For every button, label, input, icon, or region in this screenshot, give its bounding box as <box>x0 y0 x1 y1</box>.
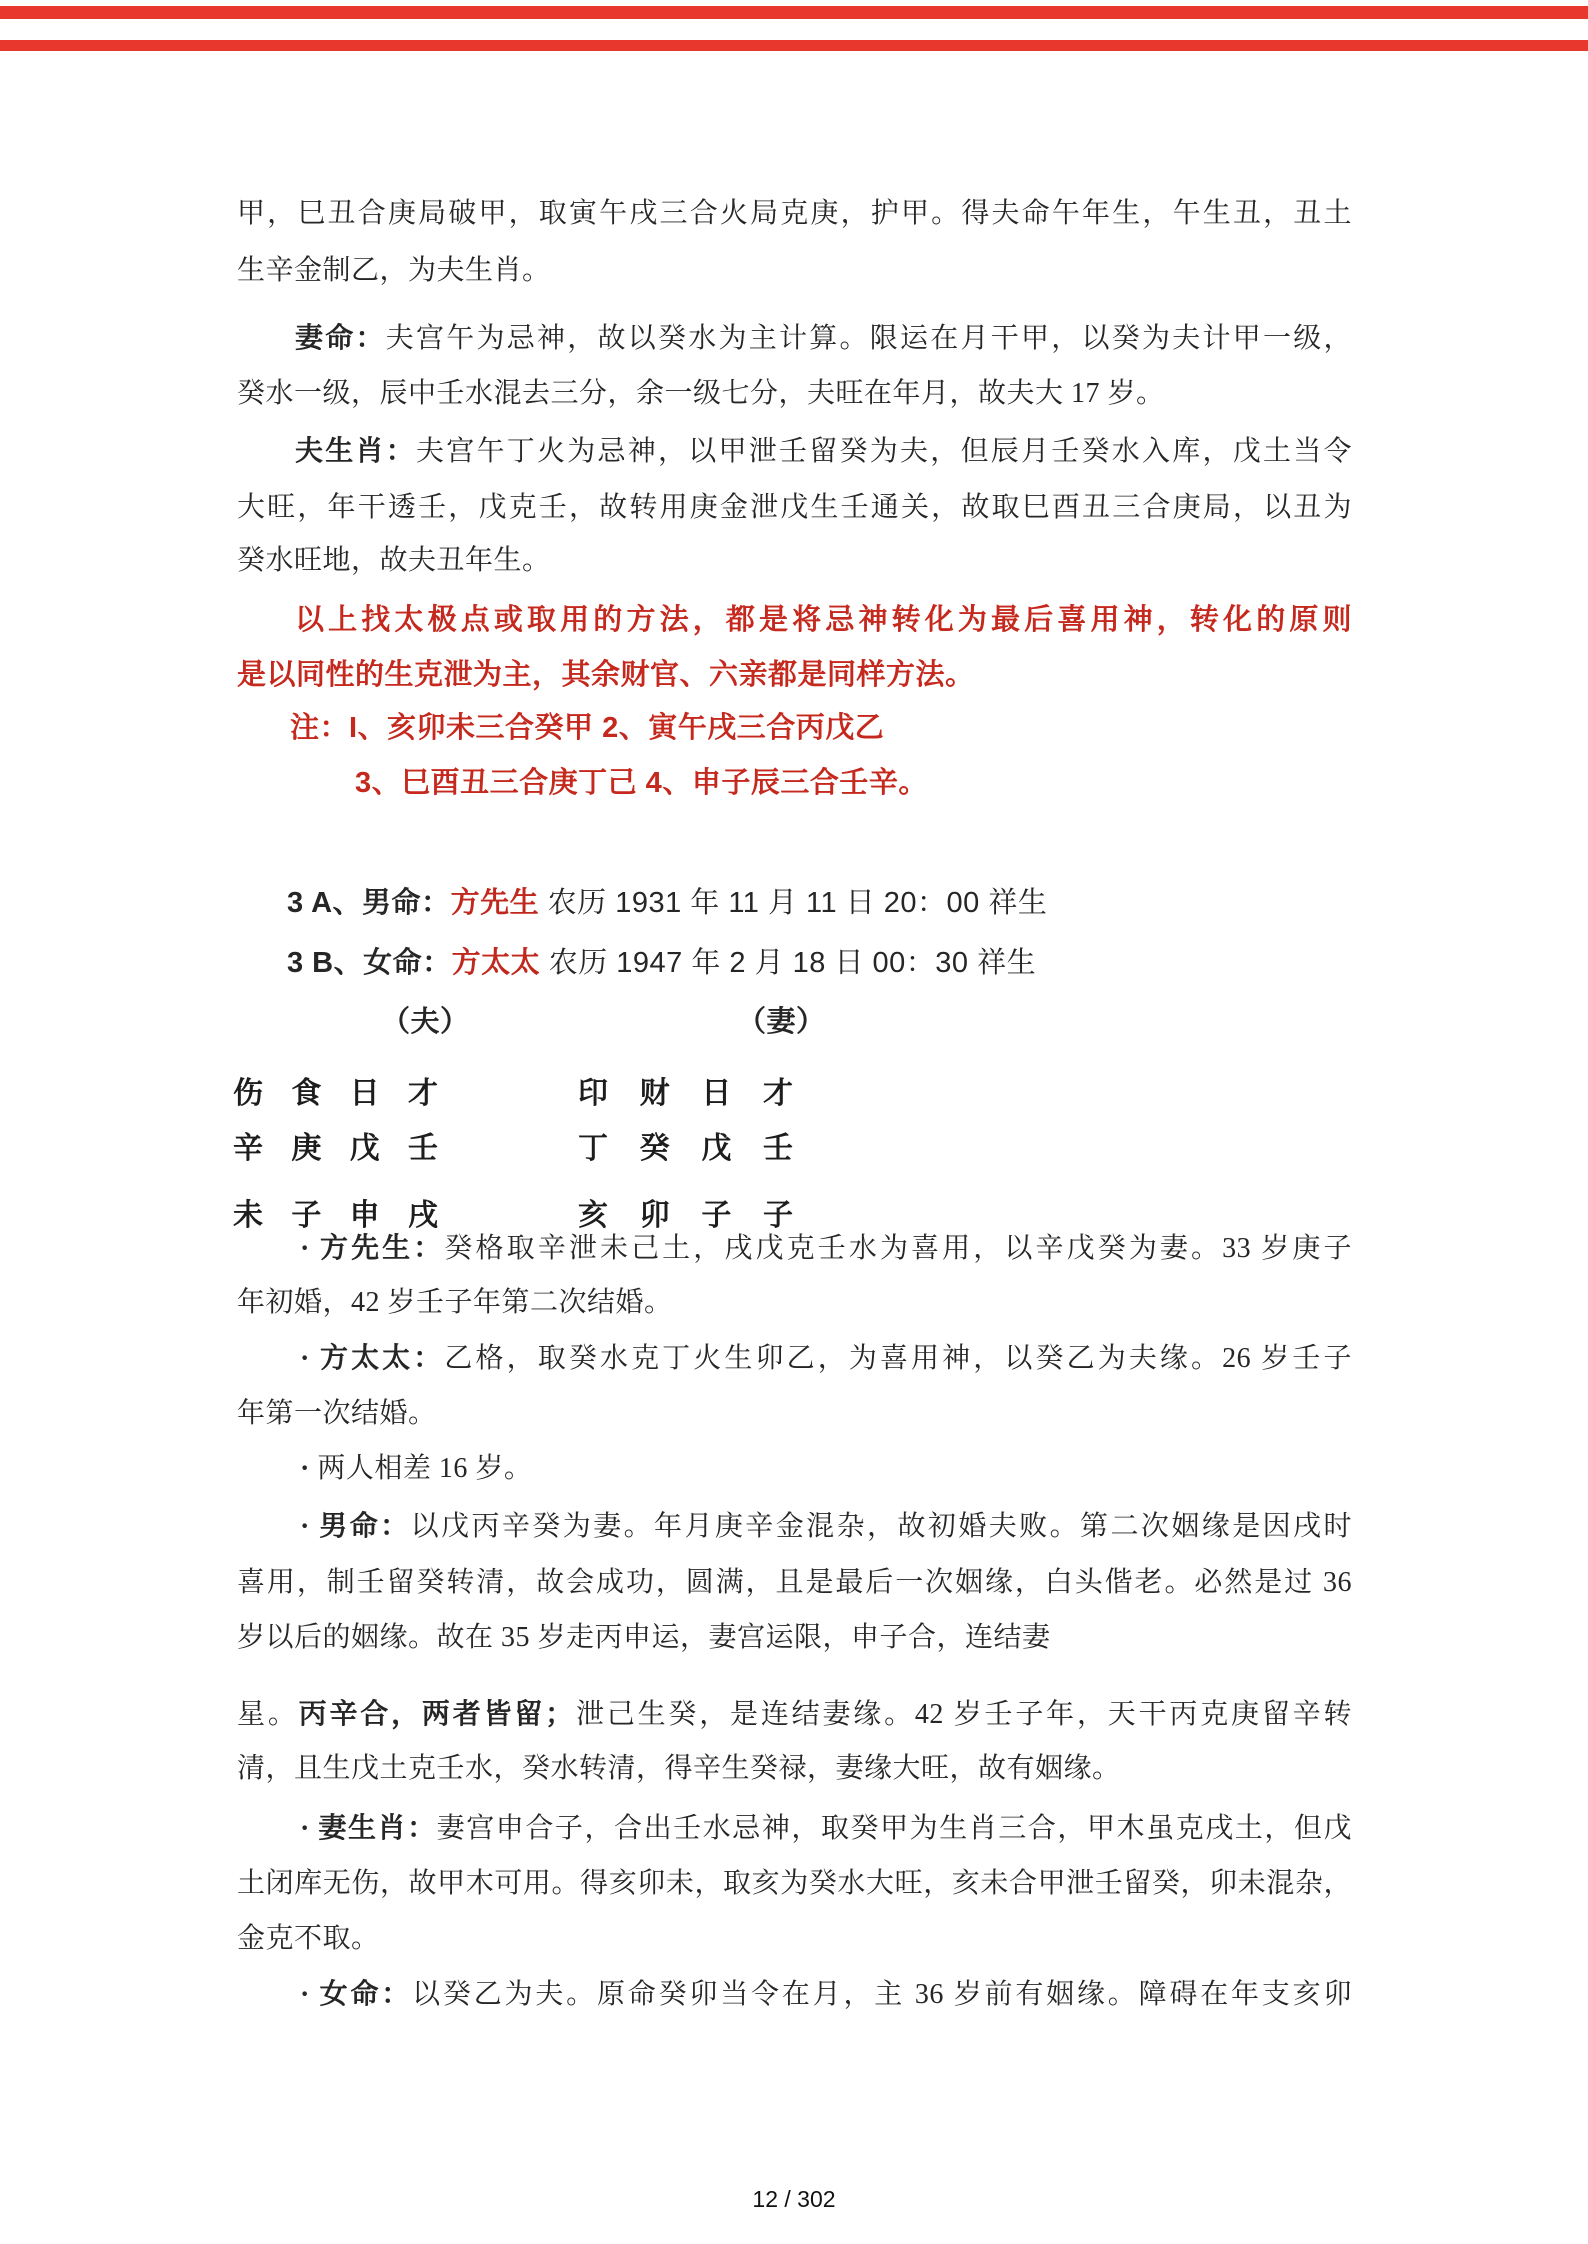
red-note-line: 3、巳酉丑三合庚丁己 4、申子辰三合壬辛。 <box>355 768 1352 798</box>
text-segment: 夫宫午丁火为忌神，以甲泄壬留癸为夫，但辰月壬癸水入库，戊土当令 <box>416 436 1352 467</box>
bullet-male-destiny-line: · 男命：以戊丙辛癸为妻。年月庚辛金混杂，故初婚夫败。第二次姻缘是因戌时 <box>300 1511 1352 1541</box>
pillar-char: 戊 <box>350 1133 380 1165</box>
text-segment: 女命： <box>320 1978 412 2009</box>
pillar-char: 亥 <box>578 1200 608 1232</box>
pillar-char: 印 <box>578 1078 608 1110</box>
husband-pillar-row: 伤食日才 <box>233 1078 438 1110</box>
top-red-rule-2 <box>0 40 1588 51</box>
text-segment: 癸水旺地，故夫丑年生。 <box>237 545 551 576</box>
body-line: 金克不取。 <box>237 1924 1352 1953</box>
text-segment: 大旺，年干透壬，戊克壬，故转用庚金泄戊生壬通关，故取巳酉丑三合庚局，以丑为 <box>237 492 1352 523</box>
bullet-female-destiny-line: · 女命：以癸乙为夫。原命癸卯当令在月，主 36 岁前有姻缘。障碍在年支亥卯 <box>300 1979 1352 2009</box>
text-segment: · <box>300 1979 320 2010</box>
bullet-mr-fang-line: · 方先生：癸格取辛泄未己土，戌戊克壬水为喜用，以辛戊癸为妻。33 岁庚子 <box>300 1233 1352 1263</box>
pillar-char: 庚 <box>291 1133 321 1165</box>
document-page: 甲，巳丑合庚局破甲，取寅午戌三合火局克庚，护甲。得夫命午年生，午生丑，丑土生辛金… <box>0 0 1588 2244</box>
text-segment: 农历 1931 年 11 月 11 日 20：00 祥生 <box>539 887 1047 919</box>
bullet-mrs-fang-line: · 方太太：乙格，取癸水克丁火生卯乙，为喜用神，以癸乙为夫缘。26 岁壬子 <box>300 1343 1352 1373</box>
text-segment: （夫） <box>381 1006 470 1038</box>
text-segment: 3 B、女命： <box>287 947 452 979</box>
husband-pillar-row: 未子申戌 <box>233 1200 438 1232</box>
pillar-char: 食 <box>291 1078 321 1110</box>
text-segment: 以上找太极点或取用的方法，都是将忌神转化为最后喜用神，转化的原则 <box>295 604 1352 636</box>
pillar-char: 卯 <box>640 1200 670 1232</box>
text-segment: 注：I、亥卯未三合癸甲 2、寅午戌三合丙戊乙 <box>290 712 884 744</box>
body-line: 星。丙辛合，两者皆留；泄己生癸，是连结妻缘。42 岁壬子年，天干丙克庚留辛转 <box>237 1699 1352 1729</box>
pillar-char: 日 <box>350 1078 380 1110</box>
pillar-char: 未 <box>233 1200 263 1232</box>
pillar-char: 才 <box>763 1078 793 1110</box>
body-line: 清，且生戊土克壬水，癸水转清，得辛生癸禄，妻缘大旺，故有姻缘。 <box>237 1754 1352 1783</box>
text-segment: 生辛金制乙，为夫生肖。 <box>237 255 551 286</box>
text-segment: 妻宫申合子，合出壬水忌神，取癸甲为生肖三合，甲木虽克戌土，但戊 <box>437 1813 1352 1844</box>
text-segment: 夫生肖： <box>295 435 416 466</box>
pillar-char: 辛 <box>233 1133 263 1165</box>
body-line: 癸水一级，辰中壬水混去三分，余一级七分，夫旺在年月，故夫大 17 岁。 <box>237 379 1352 408</box>
body-line: 年初婚，42 岁壬子年第二次结婚。 <box>237 1288 1352 1317</box>
pillar-char: 戌 <box>408 1200 438 1232</box>
husband-zodiac-heading-line: 夫生肖：夫宫午丁火为忌神，以甲泄壬留癸为夫，但辰月壬癸水入库，戊土当令 <box>237 436 1352 466</box>
case-3a-male-line: 3 A、男命：方先生 农历 1931 年 11 月 11 日 20：00 祥生 <box>287 888 1352 918</box>
red-summary-line: 是以同性的生克泄为主，其余财官、六亲都是同样方法。 <box>237 660 1352 690</box>
text-segment: 方太太： <box>320 1342 444 1373</box>
pillar-char: 癸 <box>640 1133 670 1165</box>
text-segment: 癸水一级，辰中壬水混去三分，余一级七分，夫旺在年月，故夫大 17 岁。 <box>237 378 1165 409</box>
pillar-char: 财 <box>640 1078 670 1110</box>
pillar-char: 子 <box>763 1200 793 1232</box>
text-segment: 年第一次结婚。 <box>237 1398 437 1429</box>
text-segment: 清，且生戊土克壬水，癸水转清，得辛生癸禄，妻缘大旺，故有姻缘。 <box>237 1753 1121 1784</box>
pillar-char: 丁 <box>578 1133 608 1165</box>
page-number: 12 / 302 <box>0 2186 1588 2213</box>
text-segment: 两人相差 16 岁。 <box>317 1453 532 1484</box>
text-segment: 金克不取。 <box>237 1923 380 1954</box>
text-segment: 乙格，取癸水克丁火生卯乙，为喜用神，以癸乙为夫缘。26 岁壬子 <box>444 1343 1352 1374</box>
wife-pillar-row: 亥卯子子 <box>578 1200 793 1232</box>
body-line: 岁以后的姻缘。故在 35 岁走丙申运，妻宫运限，申子合，连结妻 <box>237 1623 1352 1652</box>
body-line: 生辛金制乙，为夫生肖。 <box>237 256 1352 285</box>
case-3b-female-line: 3 B、女命：方太太 农历 1947 年 2 月 18 日 00：30 祥生 <box>287 948 1352 978</box>
text-segment: 喜用，制壬留癸转清，故会成功，圆满，且是最后一次姻缘，白头偕老。必然是过 36 <box>237 1567 1352 1598</box>
text-segment: 农历 1947 年 2 月 18 日 00：30 祥生 <box>540 947 1036 979</box>
text-segment: 癸格取辛泄未己土，戌戊克壬水为喜用，以辛戊癸为妻。33 岁庚子 <box>444 1233 1352 1264</box>
body-line: 喜用，制壬留癸转清，故会成功，圆满，且是最后一次姻缘，白头偕老。必然是过 36 <box>237 1568 1352 1597</box>
text-segment: · <box>300 1343 320 1374</box>
text-segment: 方太太 <box>452 947 541 979</box>
text-segment: 3 A、男命： <box>287 887 451 919</box>
text-segment: 以戊丙辛癸为妻。年月庚辛金混杂，故初婚夫败。第二次姻缘是因戌时 <box>411 1511 1352 1542</box>
body-line: 癸水旺地，故夫丑年生。 <box>237 546 1352 575</box>
text-segment: 妻命： <box>295 322 386 353</box>
text-segment: 方先生： <box>320 1232 444 1263</box>
body-line: 大旺，年干透壬，戊克壬，故转用庚金泄戊生壬通关，故取巳酉丑三合庚局，以丑为 <box>237 493 1352 522</box>
pillar-char: 壬 <box>408 1133 438 1165</box>
body-line: 年第一次结婚。 <box>237 1399 1352 1428</box>
text-segment: 甲，巳丑合庚局破甲，取寅午戌三合火局克庚，护甲。得夫命午年生，午生丑，丑土 <box>237 198 1352 229</box>
body-line: 土闭库无伤，故甲木可用。得亥卯未，取亥为癸水大旺，亥未合甲泄壬留癸，卯未混杂， <box>237 1869 1352 1898</box>
wife-destiny-heading-line: 妻命：夫宫午为忌神，故以癸水为主计算。限运在月干甲，以癸为夫计甲一级， <box>237 323 1352 353</box>
wife-pillar-row: 丁癸戊壬 <box>578 1133 793 1165</box>
text-segment: · <box>300 1511 319 1542</box>
bullet-age-gap-line: · 两人相差 16 岁。 <box>300 1454 1352 1483</box>
text-segment: 土闭库无伤，故甲木可用。得亥卯未，取亥为癸水大旺，亥未合甲泄壬留癸，卯未混杂， <box>237 1868 1352 1899</box>
text-segment: · <box>300 1233 320 1264</box>
text-segment: 男命： <box>319 1510 410 1541</box>
body-line: 甲，巳丑合庚局破甲，取寅午戌三合火局克庚，护甲。得夫命午年生，午生丑，丑土 <box>237 199 1352 228</box>
text-segment: 夫宫午为忌神，故以癸水为主计算。限运在月干甲，以癸为夫计甲一级， <box>386 323 1352 354</box>
pillar-char: 申 <box>350 1200 380 1232</box>
text-segment: 妻生肖： <box>318 1812 436 1843</box>
pillar-char: 子 <box>291 1200 321 1232</box>
pillar-char: 壬 <box>763 1133 793 1165</box>
pillar-char: 日 <box>701 1078 731 1110</box>
bullet-wife-zodiac-line: · 妻生肖：妻宫申合子，合出壬水忌神，取癸甲为生肖三合，甲木虽克戌土，但戊 <box>300 1813 1352 1843</box>
text-segment: 以癸乙为夫。原命癸卯当令在月，主 36 岁前有姻缘。障碍在年支亥卯 <box>412 1979 1352 2010</box>
pillar-char: 伤 <box>233 1078 263 1110</box>
wife-label: （妻） <box>737 1007 1352 1037</box>
pillar-char: 才 <box>408 1078 438 1110</box>
text-segment: 3、巳酉丑三合庚丁己 4、申子辰三合壬辛。 <box>355 767 928 799</box>
text-segment: · <box>300 1453 317 1484</box>
pillar-char: 子 <box>701 1200 731 1232</box>
text-segment: · <box>300 1813 318 1844</box>
text-segment: 泄己生癸，是连结妻缘。42 岁壬子年，天干丙克庚留辛转 <box>574 1699 1352 1730</box>
text-segment: 是以同性的生克泄为主，其余财官、六亲都是同样方法。 <box>237 659 975 691</box>
text-segment: 丙辛合，两者皆留； <box>299 1698 574 1729</box>
text-segment: 方先生 <box>451 887 540 919</box>
husband-pillar-row: 辛庚戊壬 <box>233 1133 438 1165</box>
text-segment: 岁以后的姻缘。故在 35 岁走丙申运，妻宫运限，申子合，连结妻 <box>237 1622 1051 1653</box>
red-summary-line: 以上找太极点或取用的方法，都是将忌神转化为最后喜用神，转化的原则 <box>237 605 1352 635</box>
wife-pillar-row: 印财日才 <box>578 1078 793 1110</box>
red-note-line: 注：I、亥卯未三合癸甲 2、寅午戌三合丙戊乙 <box>290 713 1352 743</box>
text-segment: （妻） <box>737 1006 826 1038</box>
pillar-char: 戊 <box>701 1133 731 1165</box>
text-segment: 年初婚，42 岁壬子年第二次结婚。 <box>237 1287 673 1318</box>
text-segment: 星。 <box>237 1699 299 1730</box>
top-red-rule-1 <box>0 6 1588 19</box>
